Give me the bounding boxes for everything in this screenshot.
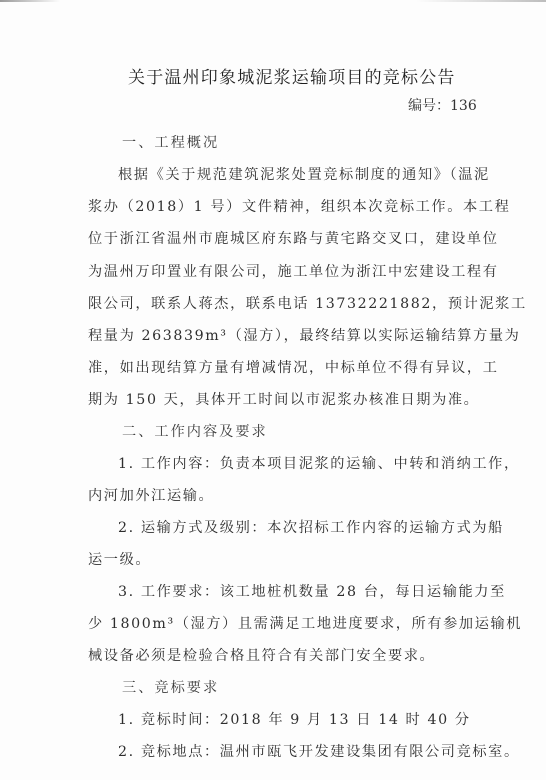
paragraph-line: 程量为 263839m³（湿方），最终结算以实际运输结算方量为 — [88, 325, 520, 345]
paragraph-line: 准，如出现结算方量有增减情况，中标单位不得有异议，工 — [88, 357, 498, 377]
list-item-line: 1. 工作内容：负责本项目泥浆的运输、中转和消纳工作， — [118, 453, 520, 473]
document-page: 关于温州印象城泥浆运输项目的竞标公告 编号：136 一、工程概况 根据《关于规范… — [0, 0, 546, 780]
paragraph-line: 限公司，联系人蒋杰，联系电话 13732221882，预计泥浆工 — [88, 293, 527, 313]
list-item-line: 内河加外江运输。 — [88, 485, 214, 505]
paragraph-line: 为温州万印置业有限公司，施工单位为浙江中宏建设工程有 — [88, 261, 498, 281]
document-number: 编号：136 — [408, 95, 477, 115]
list-item-line: 3. 工作要求：该工地桩机数量 28 台，每日运输能力至 — [118, 581, 506, 601]
list-item-line: 1. 竞标时间：2018 年 9 月 13 日 14 时 40 分 — [118, 709, 471, 729]
paragraph-line: 位于浙江省温州市鹿城区府东路与黄宅路交叉口，建设单位 — [88, 228, 498, 248]
document-number-label: 编号： — [408, 98, 450, 114]
list-item-line: 少 1800m³（湿方）且需满足工地进度要求，所有参加运输机 — [88, 613, 522, 633]
paragraph-line: 浆办（2018）1 号）文件精神，组织本次竞标工作。本工程 — [88, 196, 510, 216]
paragraph-line: 根据《关于规范建筑泥浆处置竞标制度的通知》（温泥 — [118, 164, 490, 184]
list-item-line: 运一级。 — [88, 549, 151, 569]
section-heading-bidding-requirements: 三、竞标要求 — [122, 677, 219, 697]
section-heading-overview: 一、工程概况 — [122, 132, 219, 152]
paragraph-line: 期为 150 天，具体开工时间以市泥浆办核准日期为准。 — [88, 389, 479, 409]
document-title: 关于温州印象城泥浆运输项目的竞标公告 — [128, 63, 456, 88]
list-item-line: 2. 竞标地点：温州市瓯飞开发建设集团有限公司竞标室。 — [118, 741, 520, 761]
list-item-line: 2. 运输方式及级别：本次招标工作内容的运输方式为船 — [118, 517, 504, 537]
document-number-value: 136 — [450, 98, 477, 114]
section-heading-work-content: 二、工作内容及要求 — [122, 421, 268, 441]
list-item-line: 械设备必须是检验合格且符合有关部门安全要求。 — [88, 645, 435, 665]
